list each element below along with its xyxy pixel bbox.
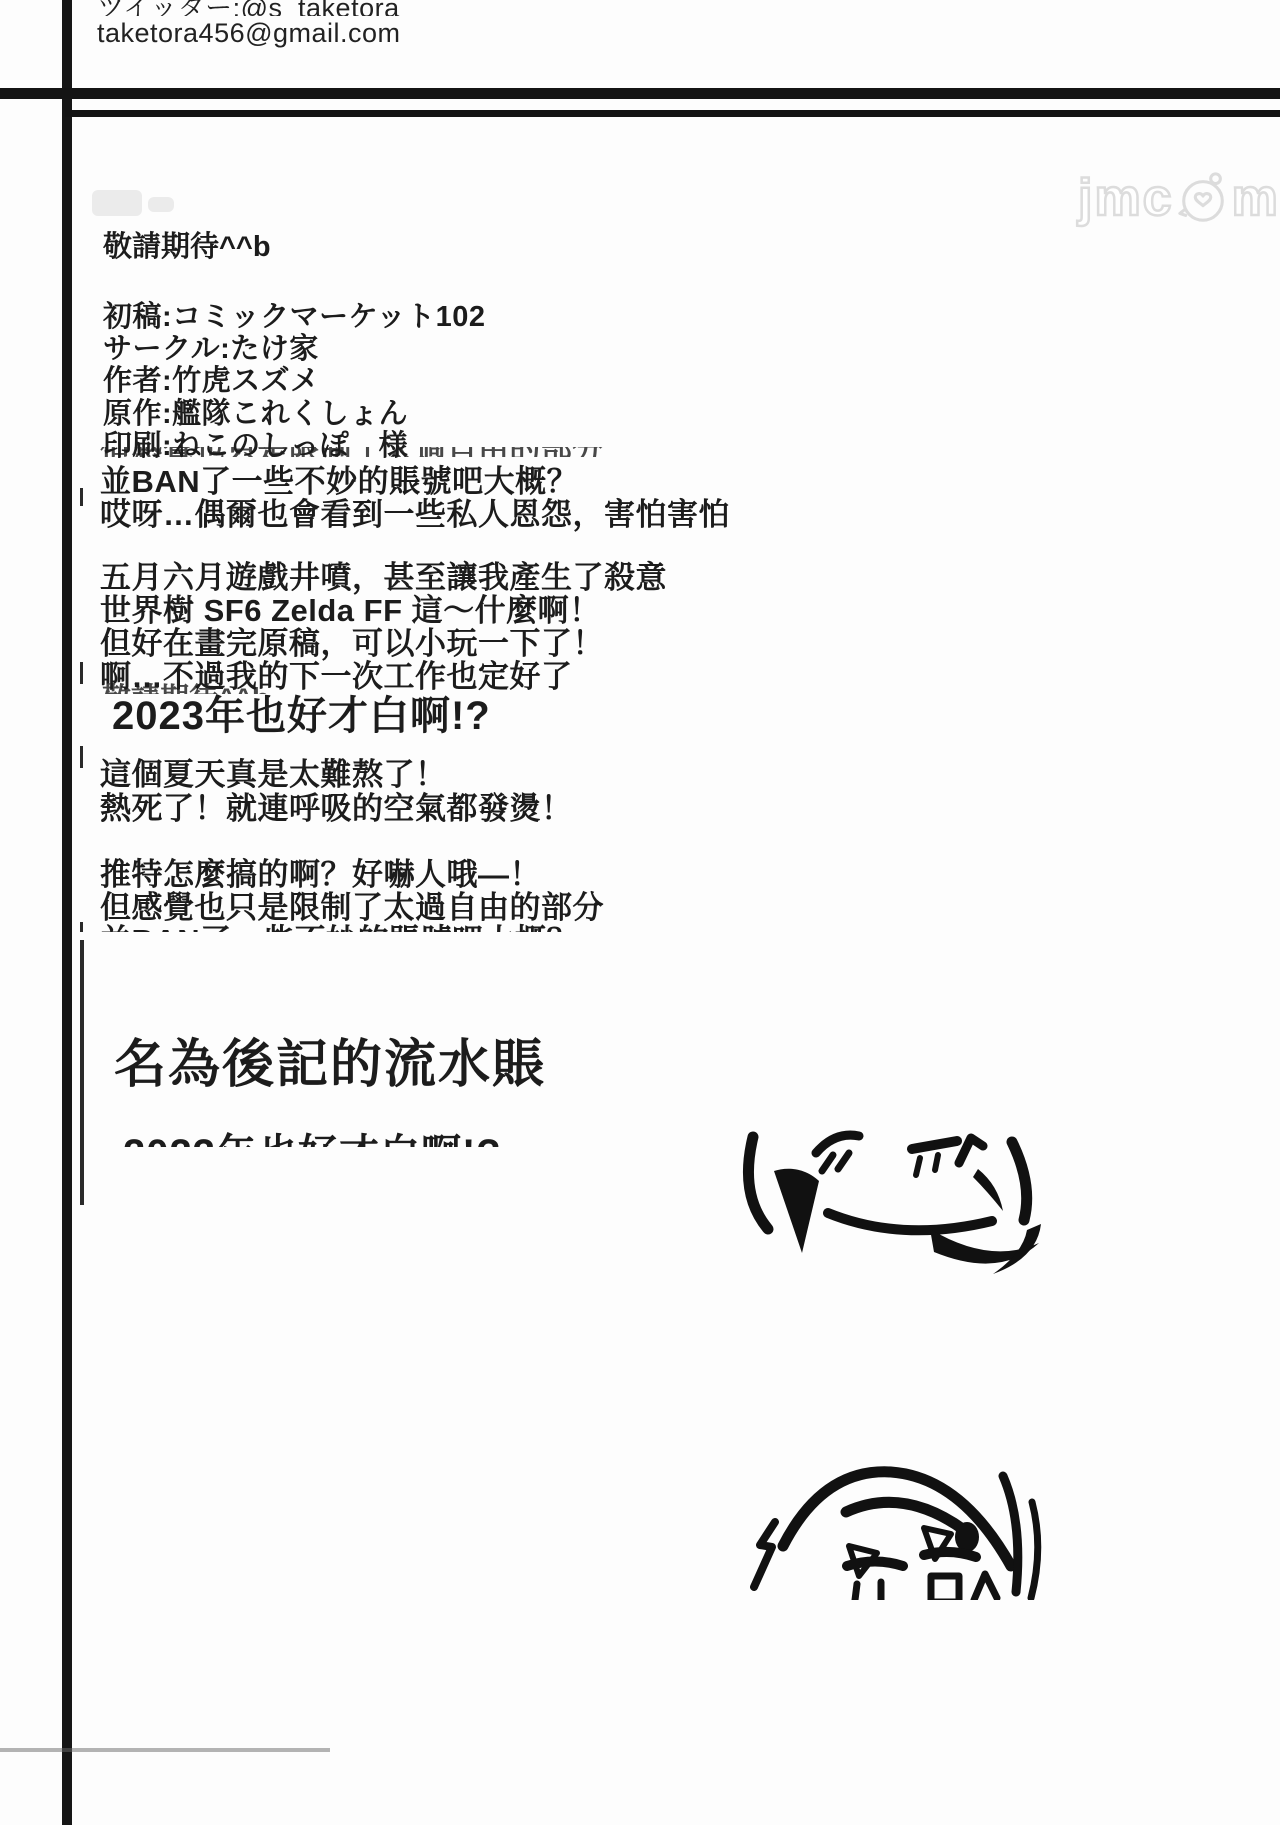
contact-twitter: ツイッター:@s_taketora — [97, 0, 517, 16]
body-line: 熱死了！就連呼吸的空氣都發燙！ — [100, 783, 573, 828]
watermark-text-left: jmc — [1078, 168, 1174, 228]
scan-smudge — [148, 197, 174, 212]
page-edge-horizontal-line-2 — [65, 110, 1280, 117]
scan-seam-tick — [80, 662, 83, 684]
scanned-afterword-page: ツイッター:@s_taketora taketora456@gmail.com … — [0, 0, 1280, 1825]
sketch-face-1 — [740, 1125, 1050, 1285]
watermark-logo: jmc mic — [1078, 168, 1280, 228]
page-edge-horizontal-line-1 — [0, 88, 1280, 99]
scan-seam-tick — [80, 746, 83, 768]
scan-smudge — [92, 190, 142, 216]
scan-clipped-line: 並BAN了一些不妙的賬號吧大概？ — [100, 915, 660, 932]
sketch-face-2 — [745, 1460, 1055, 1600]
scan-seam-tick — [80, 488, 83, 506]
watermark-chick-icon — [1176, 170, 1230, 226]
afterword-title: 名為後記的流水賬 — [114, 1022, 546, 1097]
page-fold-vertical-line — [62, 0, 72, 1825]
scan-seam-line — [80, 940, 84, 1205]
body-line: 哎呀…偶爾也會看到一些私人恩怨，害怕害怕 — [100, 489, 730, 534]
scan-seam-tick — [80, 922, 83, 932]
teaser-line: 敬請期待^^b — [103, 224, 271, 265]
contact-email: taketora456@gmail.com — [97, 18, 401, 49]
watermark-text-right: mic — [1232, 168, 1280, 228]
scan-clipped-big-line: 2023年也好才白啊!? — [123, 1122, 603, 1147]
bottom-faint-line — [0, 1748, 330, 1752]
contact-twitter-clip: ツイッター:@s_taketora — [97, 0, 517, 16]
big-exclaim-line: 2023年也好才白啊!? — [112, 684, 491, 741]
